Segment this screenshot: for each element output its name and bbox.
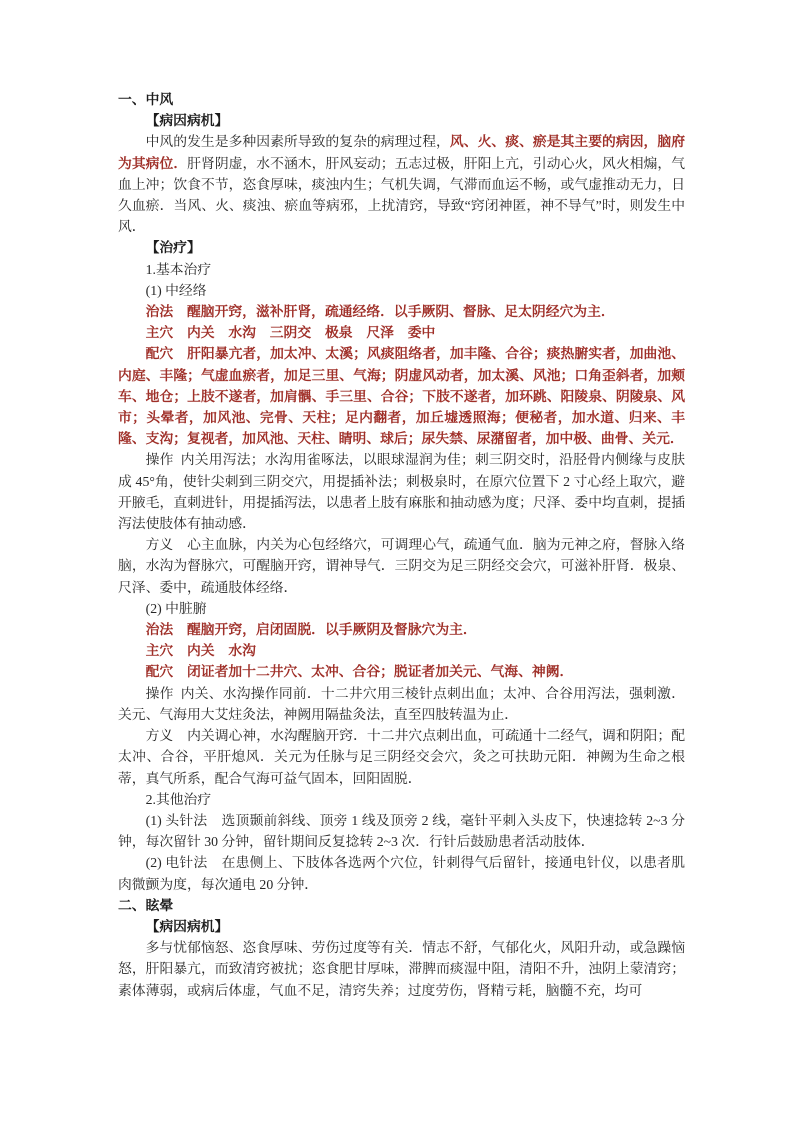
highlighted-red-text: 配穴 肝阳暴亢者，加太冲、太溪；风痰阻络者，加丰隆、合谷；痰热腑实者，加曲池、内… bbox=[118, 346, 685, 446]
document-page: 一、中风【病因病机】中风的发生是多种因素所导致的复杂的病理过程，风、火、痰、瘀是… bbox=[0, 0, 800, 1132]
subsection-heading: 【病因病机】 bbox=[118, 110, 685, 131]
text-run: 方义 内关调心神，水沟醒脑开窍．十二井穴点刺出血，可疏通十二经气，调和阴阳；配太… bbox=[118, 728, 685, 785]
body-paragraph: 1.基本治疗 bbox=[118, 259, 685, 280]
text-run: 【治疗】 bbox=[146, 240, 201, 255]
body-paragraph: 操作 内关、水沟操作同前．十二井穴用三棱针点刺出血；太冲、合谷用泻法，强刺激．关… bbox=[118, 683, 685, 725]
body-paragraph: 多与忧郁恼怒、恣食厚味、劳伤过度等有关．情志不舒，气郁化火，风阳升动，或急躁恼怒… bbox=[118, 937, 685, 1001]
prescription-line: 治法 醒脑开窍，启闭固脱．以手厥阴及督脉穴为主． bbox=[118, 619, 685, 640]
text-run: (1) 中经络 bbox=[146, 283, 207, 298]
body-paragraph: (1) 中经络 bbox=[118, 280, 685, 301]
text-run: (2) 电针法 在患侧上、下肢体各选两个穴位，针刺得气后留针，接通电针仪，以患者… bbox=[118, 855, 685, 891]
text-run: 二、眩晕 bbox=[118, 898, 173, 913]
text-run: (1) 头针法 选顶颞前斜线、顶旁 1 线及顶旁 2 线，毫针平刺入头皮下，快速… bbox=[118, 813, 685, 849]
text-run: 操作 内关用泻法；水沟用雀啄法，以眼球湿润为佳；刺三阴交时，沿胫骨内侧缘与皮肤成… bbox=[118, 452, 685, 531]
prescription-line: 配穴 闭证者加十二井穴、太冲、合谷；脱证者加关元、气海、神阙． bbox=[118, 661, 685, 682]
highlighted-red-text: 治法 醒脑开窍，滋补肝肾，疏通经络．以手厥阴、督脉、足太阴经穴为主． bbox=[146, 304, 615, 319]
text-run: 一、中风 bbox=[118, 92, 173, 107]
text-run: 肝肾阴虚，水不涵木，肝风妄动；五志过极，肝阳上亢，引动心火，风火相煽，气血上冲；… bbox=[118, 156, 685, 235]
prescription-line: 主穴 内关 水沟 三阴交 极泉 尺泽 委中 bbox=[118, 322, 685, 343]
text-run: 方义 心主血脉，内关为心包经络穴，可调理心气，疏通气血．脑为元神之府，督脉入络脑… bbox=[118, 537, 685, 594]
text-run: 2.其他治疗 bbox=[146, 792, 212, 807]
highlighted-red-text: 主穴 内关 水沟 bbox=[146, 643, 256, 658]
section-heading: 一、中风 bbox=[118, 89, 685, 110]
body-paragraph: (2) 中脏腑 bbox=[118, 598, 685, 619]
prescription-line: 治法 醒脑开窍，滋补肝肾，疏通经络．以手厥阴、督脉、足太阴经穴为主． bbox=[118, 301, 685, 322]
body-paragraph: 方义 内关调心神，水沟醒脑开窍．十二井穴点刺出血，可疏通十二经气，调和阴阳；配太… bbox=[118, 725, 685, 789]
body-paragraph: (1) 头针法 选顶颞前斜线、顶旁 1 线及顶旁 2 线，毫针平刺入头皮下，快速… bbox=[118, 810, 685, 852]
text-run: 1.基本治疗 bbox=[146, 262, 212, 277]
prescription-line: 主穴 内关 水沟 bbox=[118, 640, 685, 661]
text-run: 操作 内关、水沟操作同前．十二井穴用三棱针点刺出血；太冲、合谷用泻法，强刺激．关… bbox=[118, 686, 685, 722]
text-run: 多与忧郁恼怒、恣食厚味、劳伤过度等有关．情志不舒，气郁化火，风阳升动，或急躁恼怒… bbox=[118, 940, 685, 997]
body-paragraph: 2.其他治疗 bbox=[118, 789, 685, 810]
body-paragraph: (2) 电针法 在患侧上、下肢体各选两个穴位，针刺得气后留针，接通电针仪，以患者… bbox=[118, 852, 685, 894]
document-body: 一、中风【病因病机】中风的发生是多种因素所导致的复杂的病理过程，风、火、痰、瘀是… bbox=[118, 89, 685, 1001]
body-paragraph: 中风的发生是多种因素所导致的复杂的病理过程，风、火、痰、瘀是其主要的病因，脑府为… bbox=[118, 131, 685, 237]
text-run: (2) 中脏腑 bbox=[146, 601, 207, 616]
subsection-heading: 【治疗】 bbox=[118, 237, 685, 258]
highlighted-red-text: 主穴 内关 水沟 三阴交 极泉 尺泽 委中 bbox=[146, 325, 436, 340]
subsection-heading: 【病因病机】 bbox=[118, 916, 685, 937]
body-paragraph: 方义 心主血脉，内关为心包经络穴，可调理心气，疏通气血．脑为元神之府，督脉入络脑… bbox=[118, 534, 685, 598]
highlighted-red-text: 配穴 闭证者加十二井穴、太冲、合谷；脱证者加关元、气海、神阙． bbox=[146, 664, 574, 679]
prescription-line: 配穴 肝阳暴亢者，加太冲、太溪；风痰阻络者，加丰隆、合谷；痰热腑实者，加曲池、内… bbox=[118, 343, 685, 449]
body-paragraph: 操作 内关用泻法；水沟用雀啄法，以眼球湿润为佳；刺三阴交时，沿胫骨内侧缘与皮肤成… bbox=[118, 449, 685, 534]
text-run: 【病因病机】 bbox=[146, 113, 229, 128]
text-run: 中风的发生是多种因素所导致的复杂的病理过程， bbox=[146, 134, 450, 149]
highlighted-red-text: 治法 醒脑开窍，启闭固脱．以手厥阴及督脉穴为主． bbox=[146, 622, 477, 637]
text-run: 【病因病机】 bbox=[146, 919, 229, 934]
section-heading: 二、眩晕 bbox=[118, 895, 685, 916]
